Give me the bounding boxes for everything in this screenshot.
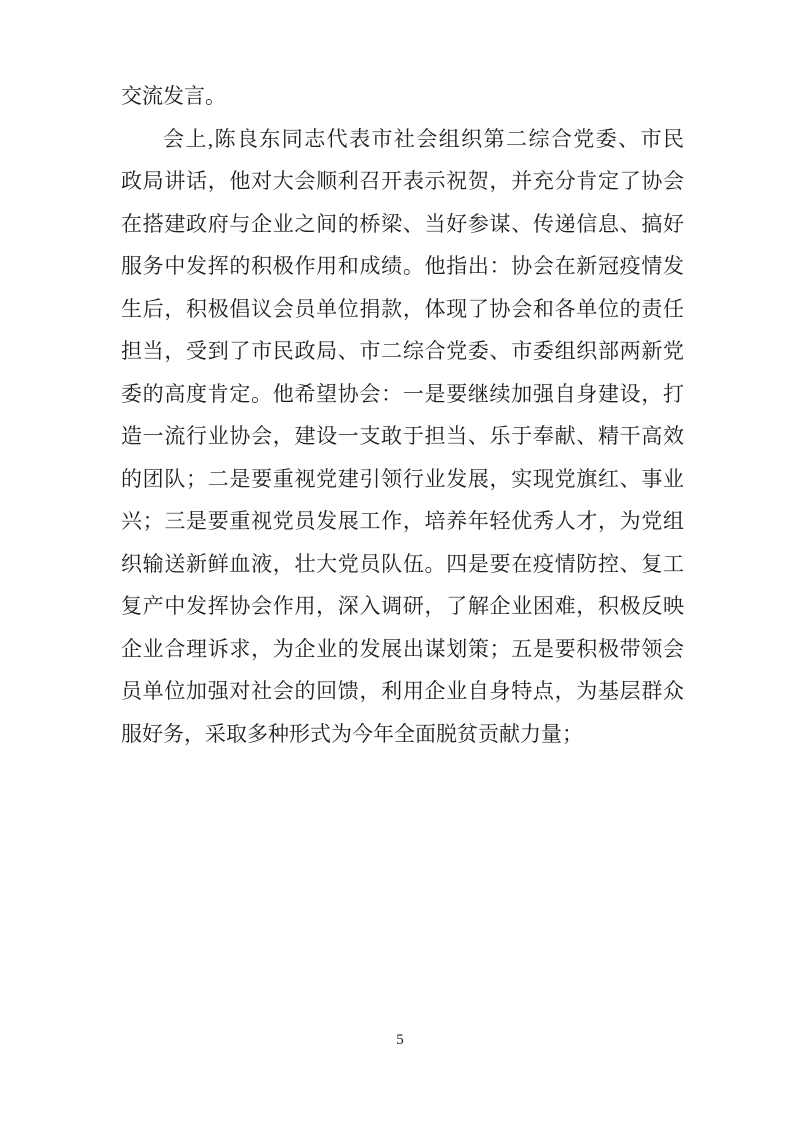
text-line: 政局讲话，他对大会顺利召开表示祝贺，并充分肯定了协会 [121, 160, 684, 203]
text-line: 交流发言。 [121, 75, 684, 118]
document-body: 交流发言。会上,陈良东同志代表市社会组织第二综合党委、市民政局讲话，他对大会顺利… [121, 75, 684, 755]
document-page: 交流发言。会上,陈良东同志代表市社会组织第二综合党委、市民政局讲话，他对大会顺利… [0, 0, 800, 1130]
text-line: 复产中发挥协会作用，深入调研，了解企业困难，积极反映 [121, 585, 684, 628]
text-line: 造一流行业协会，建设一支敢于担当、乐于奉献、精干高效 [121, 415, 684, 458]
text-line: 担当，受到了市民政局、市二综合党委、市委组织部两新党 [121, 330, 684, 373]
text-line: 织输送新鲜血液，壮大党员队伍。四是要在疫情防控、复工 [121, 543, 684, 586]
text-line: 会上,陈良东同志代表市社会组织第二综合党委、市民 [121, 118, 684, 161]
text-line: 在搭建政府与企业之间的桥梁、当好参谋、传递信息、搞好 [121, 203, 684, 246]
text-line: 服务中发挥的积极作用和成绩。他指出：协会在新冠疫情发 [121, 245, 684, 288]
text-line: 服好务，采取多种形式为今年全面脱贫贡献力量； [121, 713, 684, 756]
text-line: 的团队；二是要重视党建引领行业发展，实现党旗红、事业 [121, 458, 684, 501]
text-line: 生后，积极倡议会员单位捐款，体现了协会和各单位的责任 [121, 288, 684, 331]
text-line: 兴；三是要重视党员发展工作，培养年轻优秀人才，为党组 [121, 500, 684, 543]
text-line: 员单位加强对社会的回馈，利用企业自身特点，为基层群众 [121, 670, 684, 713]
text-line: 企业合理诉求，为企业的发展出谋划策；五是要积极带领会 [121, 628, 684, 671]
text-line: 委的高度肯定。他希望协会：一是要继续加强自身建设，打 [121, 373, 684, 416]
page-number: 5 [0, 1030, 800, 1050]
